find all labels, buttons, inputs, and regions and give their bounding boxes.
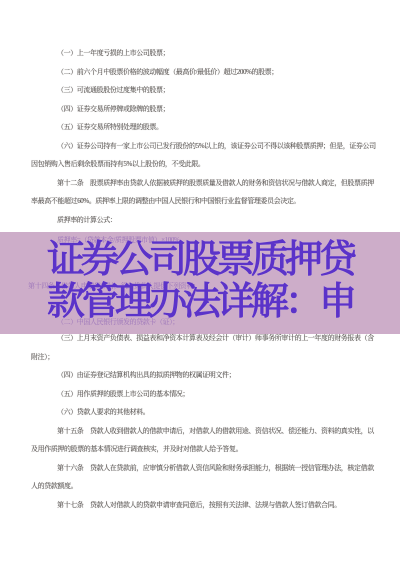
banner-title-line-2: 款管理办法详解：申 (0, 282, 400, 322)
banner-title-line-1: 证券公司股票质押贷 (0, 240, 400, 280)
document-text-top: （一）上一年度亏损的上市公司股票；（二）前六个月中股票价格的波动幅度（最高价/最… (31, 44, 376, 229)
doc-line: （六）证券公司持有一家上市公司已发行股份的5%以上的，该证券公司不得以该种股票质… (31, 137, 376, 156)
doc-line: （四）证券交易所停牌或除牌的股票； (31, 100, 376, 119)
doc-line: 因包销购入售后剩余股票而持有5%以上股份的，不受此限。 (31, 155, 376, 174)
doc-line: （三）可流通股股份过度集中的股票； (31, 81, 376, 100)
doc-line: 第十二条 股票质押率由贷款人依据被质押的股票质量及借款人的财务和资信状况与借款人… (31, 174, 376, 193)
doc-line: （三）上月末资产负债表、损益表和净资本计算表及经会计（审计）师事务所审计的上一年… (31, 329, 376, 348)
doc-line: （六）贷款人要求的其他材料。 (31, 403, 376, 422)
doc-line: 人的贷款额度。 (31, 477, 376, 496)
doc-line: 质押率的计算公式： (31, 211, 376, 230)
document-page: （一）上一年度亏损的上市公司股票；（二）前六个月中股票价格的波动幅度（最高价/最… (0, 0, 400, 566)
doc-line: 附注）； (31, 348, 376, 367)
doc-line: （一）上一年度亏损的上市公司股票； (31, 44, 376, 63)
doc-line: （四）由证券登记结算机构出具的拟质押物的权属证明文件； (31, 366, 376, 385)
doc-line: 率最高不能超过60%。质押率上限的调整由中国人民银行和中国银行业监督管理委员会决… (31, 192, 376, 211)
doc-line: （五）用作质押的股票上市公司的基本情况； (31, 385, 376, 404)
doc-line: （五）证券交易所特别处理的股票。 (31, 118, 376, 137)
title-banner-overlay: 质押率=（贷款本金/质押股票市值）×100% 第十四条 借款人申请贷款时，须向贷… (0, 232, 400, 334)
doc-line: 第十六条 贷款人在贷款前，应审慎分析借款人资信风险和财务承担能力，根据统一授信管… (31, 459, 376, 478)
document-text-bottom: （三）上月末资产负债表、损益表和净资本计算表及经会计（审计）师事务所审计的上一年… (31, 329, 376, 514)
doc-line: 第十七条 贷款人对借款人的贷款申请审查同意后，按照有关法律、法规与借款人签订借款… (31, 496, 376, 515)
doc-line: 第十五条 贷款人收到借款人的借款申请后，对借款人的借款用途、资信状况、偿还能力、… (31, 422, 376, 441)
doc-line: （二）前六个月中股票价格的波动幅度（最高价/最低价）超过200%的股票； (31, 63, 376, 82)
doc-line: 及用作质押的股票的基本情况进行调查核实，并及时对借款人给予答复。 (31, 440, 376, 459)
